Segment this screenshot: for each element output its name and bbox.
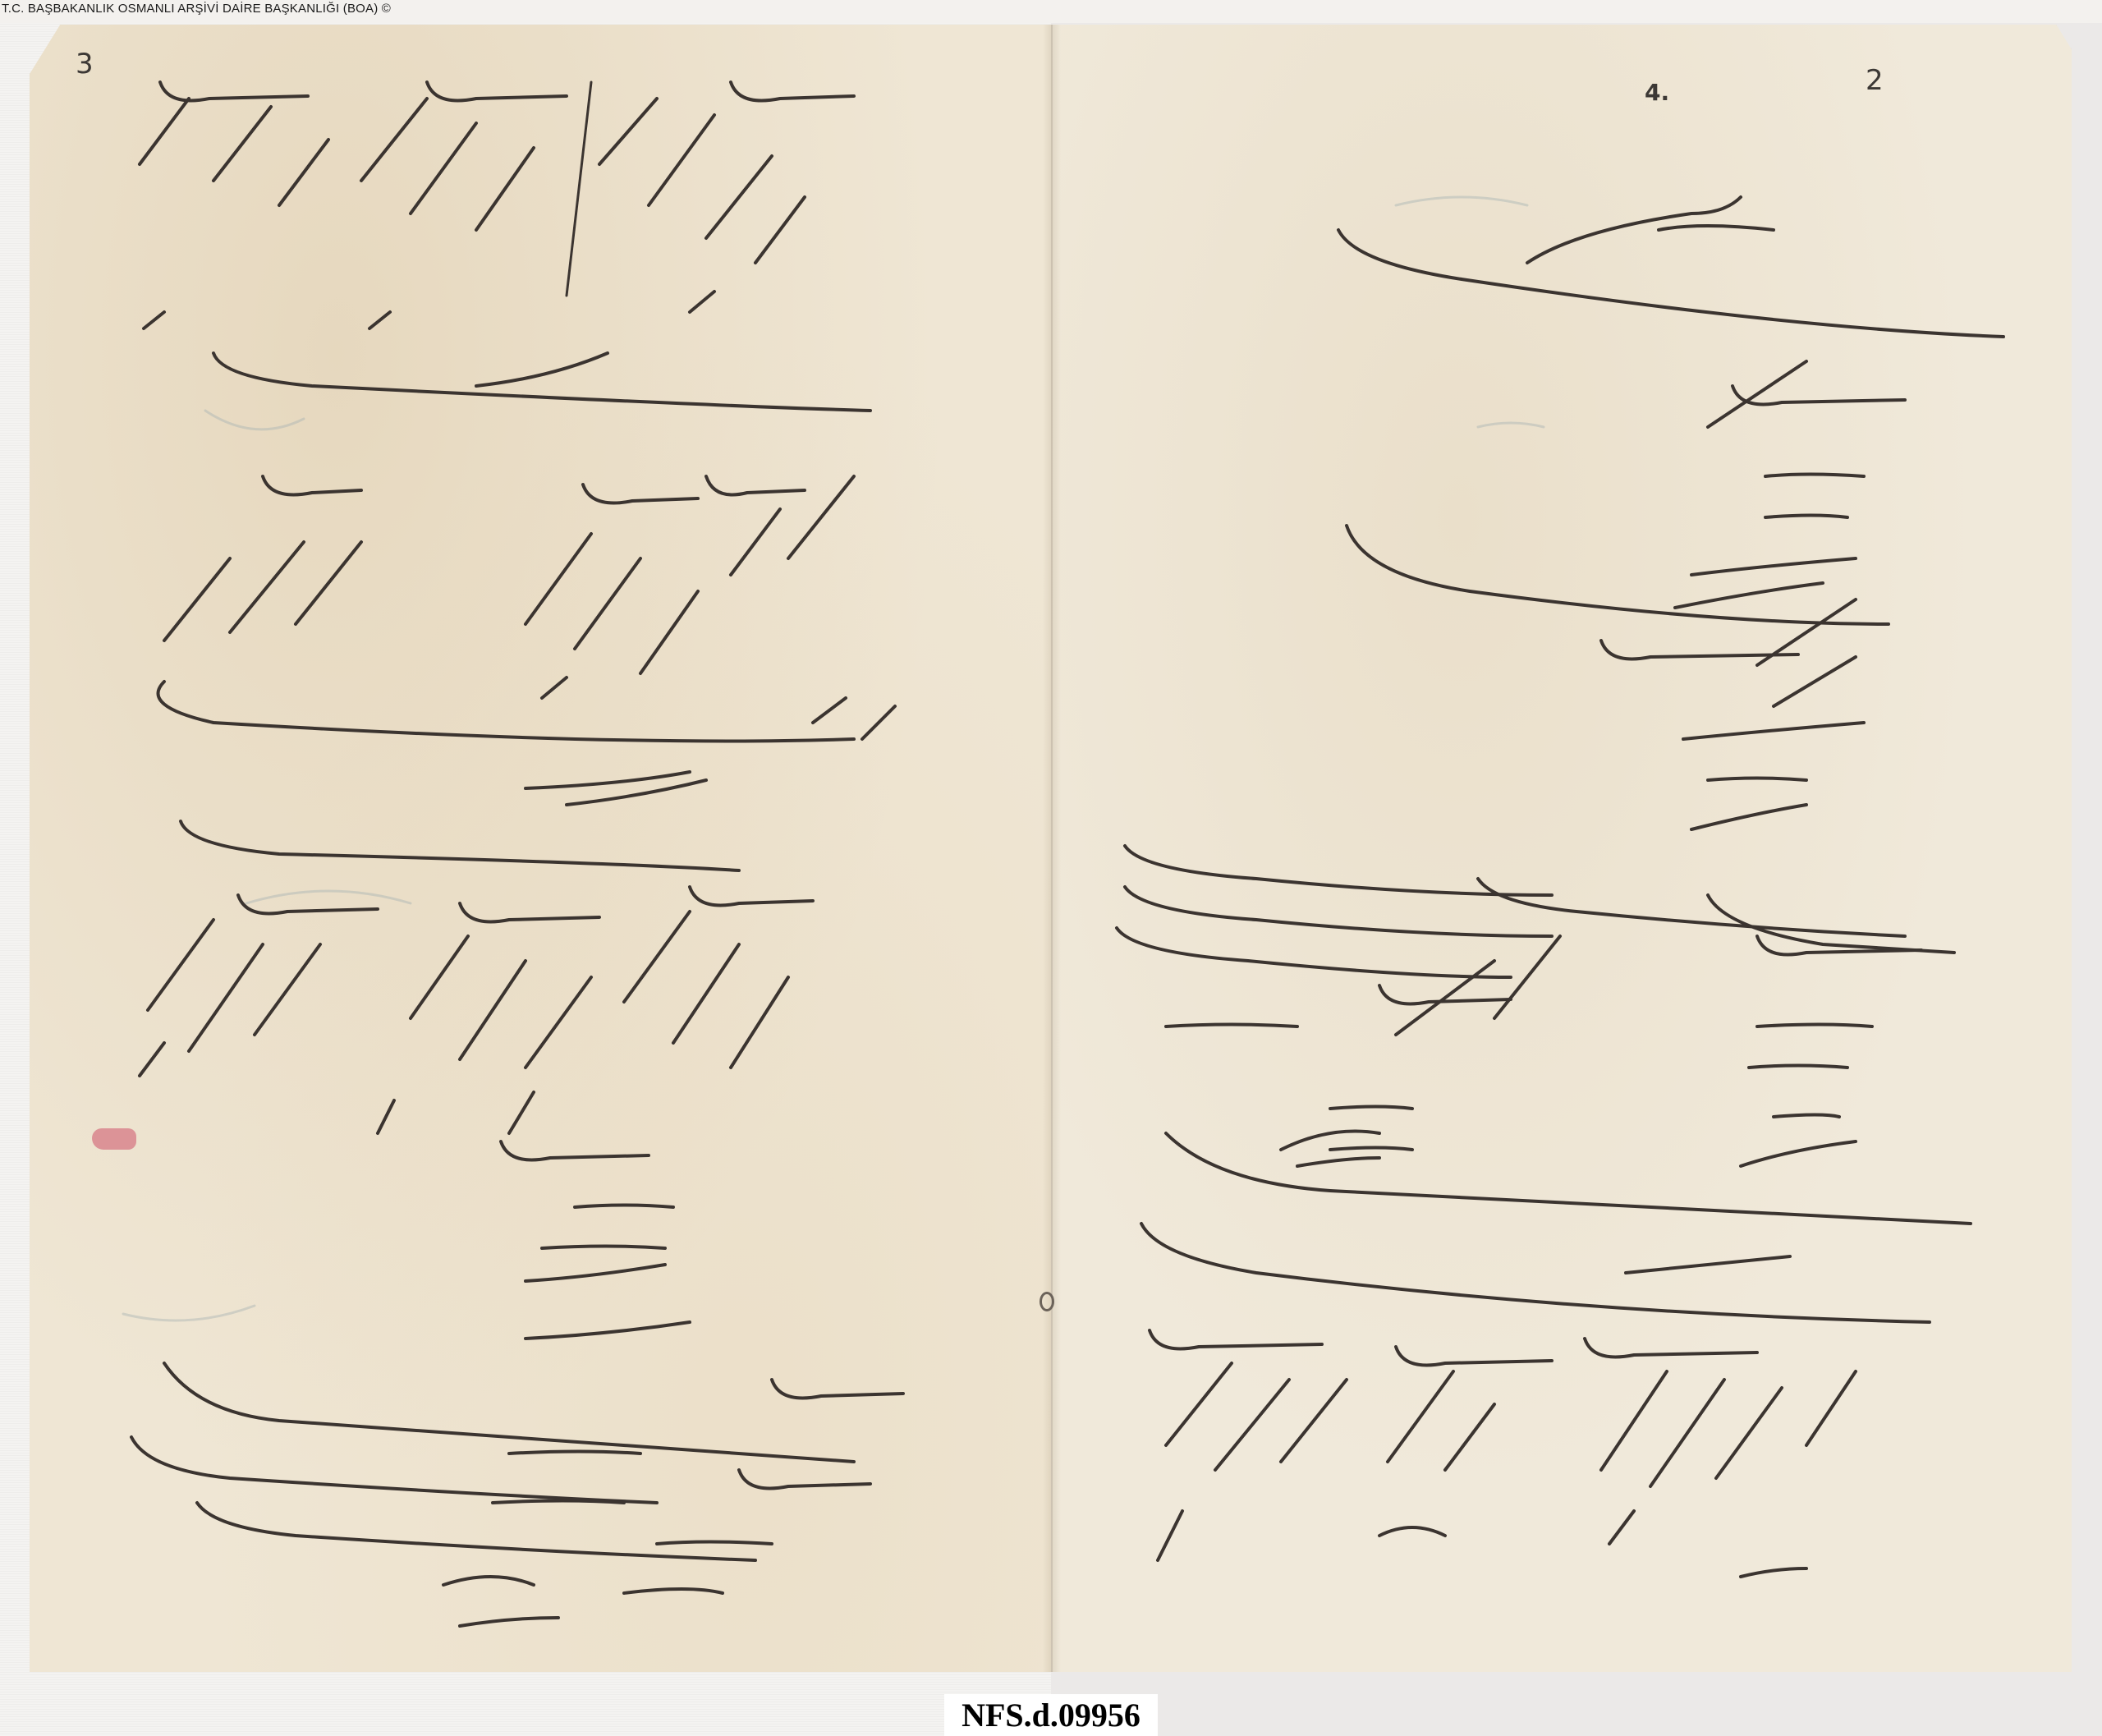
document-page-right: [1051, 25, 2072, 1672]
document-page-left: [30, 25, 1051, 1672]
binding-fold: [1043, 25, 1061, 1672]
archive-credit: T.C. BAŞBAKANLIK OSMANLI ARŞİVİ DAİRE BA…: [2, 2, 391, 16]
folio-mark: 4.: [1645, 79, 1669, 106]
binding-hole-icon: [1040, 1292, 1054, 1311]
red-seal-mark: [92, 1128, 136, 1150]
catalog-label: NFS.d.09956: [944, 1694, 1158, 1736]
page-number-left: 3: [76, 48, 94, 80]
page-number-right: 2: [1866, 64, 1884, 97]
